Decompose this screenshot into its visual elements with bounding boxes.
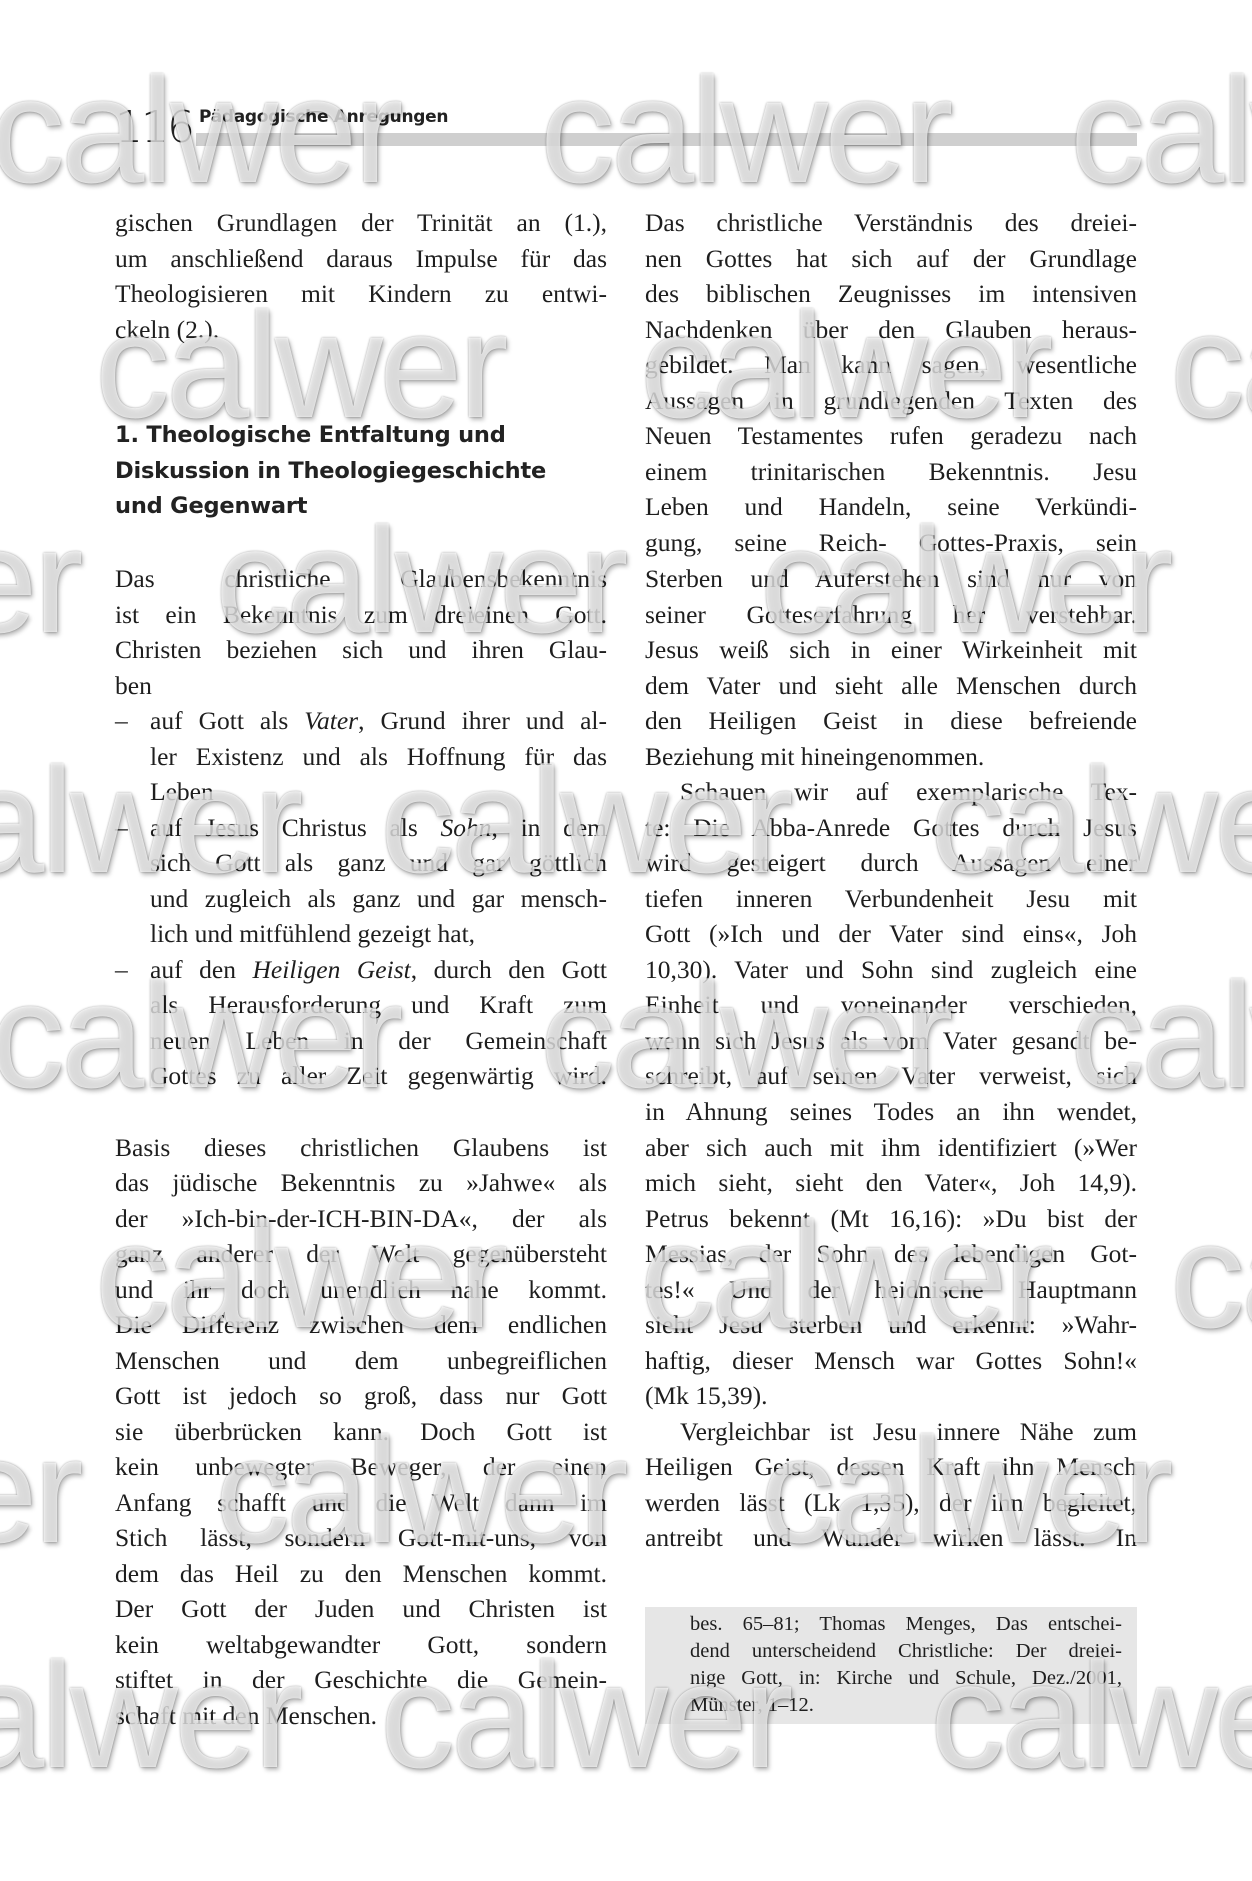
text-line: Die Differenz zwischen dem endlichen	[115, 1307, 607, 1342]
text-line: und ihr doch unendlich nahe kommt.	[115, 1272, 607, 1307]
text-line: (Mk 15,39).	[645, 1378, 1137, 1413]
text-line: Stich lässt, sondern Gott-mit-uns, von	[115, 1520, 607, 1555]
text-line: auf den Heiligen Geist, durch den Gott	[150, 952, 607, 987]
text-line: Gott ist jedoch so groß, dass nur Gott	[115, 1378, 607, 1413]
text-line: in Ahnung seines Todes an ihn wendet,	[645, 1094, 1137, 1129]
text-line: Leben und Handeln, seine Verkündi-	[645, 489, 1137, 524]
text-line: des biblischen Zeugnisses im intensiven	[645, 276, 1137, 311]
text-line: Jesus weiß sich in einer Wirkeinheit mit	[645, 632, 1137, 667]
text-line: Sterben und Auferstehen sind nur von	[645, 561, 1137, 596]
text-line: um anschließend daraus Impulse für das	[115, 241, 607, 276]
emphasis: Sohn	[441, 813, 492, 842]
text-line: gischen Grundlagen der Trinität an (1.),	[115, 205, 607, 240]
text-line: Basis dieses christlichen Glaubens ist	[115, 1130, 607, 1165]
text-line: 10,30). Vater und Sohn sind zugleich ein…	[645, 952, 1137, 987]
text-line: Vergleichbar ist Jesu innere Nähe zum	[645, 1414, 1137, 1449]
heading-line: 1. Theologische Entfaltung und	[115, 418, 506, 453]
dash-bullet: –	[115, 810, 135, 845]
text-line: Theologisieren mit Kindern zu entwi-	[115, 276, 607, 311]
text-line: kein unbewegter Beweger, der einen	[115, 1449, 607, 1484]
footnote-line: bes. 65–81; Thomas Menges, Das entschei-	[690, 1611, 1122, 1638]
watermark-text: calwer	[0, 1415, 79, 1565]
text-line: Heiligen Geist, dessen Kraft ihn Mensch	[645, 1449, 1137, 1484]
text-line: antreibt und Wunder wirken lässt. In	[645, 1520, 1137, 1555]
text-line: Anfang schafft und die Welt dann im	[115, 1485, 607, 1520]
text-line: Das christliche Verständnis des dreiei-	[645, 205, 1137, 240]
footnote-box: bes. 65–81; Thomas Menges, Das entschei-…	[645, 1607, 1137, 1724]
text-line: neuen Leben in der Gemeinschaft	[150, 1023, 607, 1058]
text-line: Schauen wir auf exemplarische Tex-	[645, 774, 1137, 809]
text-line: ben	[115, 668, 607, 703]
emphasis: Vater	[304, 706, 358, 735]
text-line: wird gesteigert durch Aussagen einer	[645, 845, 1137, 880]
text-line: wenn sich Jesus als vom Vater gesandt be…	[645, 1023, 1137, 1058]
text-line: gung, seine Reich- Gottes-Praxis, sein	[645, 525, 1137, 560]
text-line: dem Vater und sieht alle Menschen durch	[645, 668, 1137, 703]
text-line: sieht Jesu sterben und erkennt: »Wahr-	[645, 1307, 1137, 1342]
text-line: der »Ich-bin-der-ICH-BIN-DA«, der als	[115, 1201, 607, 1236]
text-line: mich sieht, sieht den Vater«, Joh 14,9).	[645, 1165, 1137, 1200]
text-line: auf Gott als Vater, Grund ihrer und al-	[150, 703, 607, 738]
text-line: sie überbrücken kann. Doch Gott ist	[115, 1414, 607, 1449]
text-line: nen Gottes hat sich auf der Grundlage	[645, 241, 1137, 276]
text-line: gebildet. Man kann sagen, wesentliche	[645, 347, 1137, 382]
footnote-line: Münster, 1–12.	[690, 1692, 1122, 1719]
text-line: Einheit und voneinander verschieden,	[645, 987, 1137, 1022]
text-line: te: Die Abba-Anrede Gottes durch Jesus	[645, 810, 1137, 845]
text-line: Das christliche Glaubensbekenntnis	[115, 561, 607, 596]
dash-bullet: –	[115, 703, 135, 738]
text-line: dem das Heil zu den Menschen kommt.	[115, 1556, 607, 1591]
text-line: ckeln (2.).	[115, 312, 607, 347]
text-line: schreibt, auf seinen Vater verweist, sic…	[645, 1058, 1137, 1093]
text-line: ler Existenz und als Hoffnung für das	[150, 739, 607, 774]
book-page: 116 Pädagogische Anregungen gischen Grun…	[0, 0, 1252, 1881]
text-line: schaft mit den Menschen.	[115, 1698, 607, 1733]
text-line: Aussagen in grundlegenden Texten des	[645, 383, 1137, 418]
text-line: Christen beziehen sich und ihren Glau-	[115, 632, 607, 667]
text-line: Beziehung mit hineingenommen.	[645, 739, 1137, 774]
text-line: ganz anderer der Welt gegenübersteht	[115, 1236, 607, 1271]
text-line: tiefen inneren Verbundenheit Jesu mit	[645, 881, 1137, 916]
emphasis: Heiligen Geist	[253, 955, 411, 984]
text-line: haftig, dieser Mensch war Gottes Sohn!«	[645, 1343, 1137, 1378]
watermark-text: calwer	[1170, 290, 1252, 440]
left-column: gischen Grundlagen der Trinität an (1.),…	[115, 0, 607, 1881]
text-line: und zugleich als ganz und gar mensch-	[150, 881, 607, 916]
text-line: Petrus bekennt (Mt 16,16): »Du bist der	[645, 1201, 1137, 1236]
text-line: ist ein Bekenntnis zum dreieinen Gott.	[115, 597, 607, 632]
watermark-text: calwer	[1170, 1200, 1252, 1350]
text-line: seiner Gotteserfahrung her verstehbar.	[645, 597, 1137, 632]
text-line: tes!« Und der heidnische Hauptmann	[645, 1272, 1137, 1307]
text-line: einem trinitarischen Bekenntnis. Jesu	[645, 454, 1137, 489]
footnote-line: nige Gott, in: Kirche und Schule, Dez./2…	[690, 1665, 1122, 1692]
text-line: sich Gott als ganz und gar göttlich	[150, 845, 607, 880]
watermark-text: calwer	[0, 505, 79, 655]
footnote-line: dend unterscheidend Christliche: Der dre…	[690, 1638, 1122, 1665]
heading-line: Diskussion in Theologiegeschichte	[115, 454, 546, 489]
text-line: als Herausforderung und Kraft zum	[150, 987, 607, 1022]
text-line: das jüdische Bekenntnis zu »Jahwe« als	[115, 1165, 607, 1200]
text-line: Gott (»Ich und der Vater sind eins«, Joh	[645, 916, 1137, 951]
text-line: auf Jesus Christus als Sohn, in dem	[150, 810, 607, 845]
right-column: Das christliche Verständnis des dreiei- …	[645, 0, 1137, 1881]
text-line: lich und mitfühlend gezeigt hat,	[150, 916, 607, 951]
text-line: Gottes zu aller Zeit gegenwärtig wird.	[150, 1058, 607, 1093]
text-line: Nachdenken über den Glauben heraus-	[645, 312, 1137, 347]
text-line: Messias, der Sohn des lebendigen Got-	[645, 1236, 1137, 1271]
dash-bullet: –	[115, 952, 135, 987]
text-line: aber sich auch mit ihm identifiziert (»W…	[645, 1130, 1137, 1165]
heading-line: und Gegenwart	[115, 489, 307, 524]
text-line: den Heiligen Geist in diese befreiende	[645, 703, 1137, 738]
text-line: Menschen und dem unbegreiflichen	[115, 1343, 607, 1378]
text-line: Neuen Testamentes rufen geradezu nach	[645, 418, 1137, 453]
text-line: Leben	[150, 774, 607, 809]
text-line: werden lässt (Lk 1,35), der ihn begleite…	[645, 1485, 1137, 1520]
text-line: stiftet in der Geschichte die Gemein-	[115, 1662, 607, 1697]
text-line: kein weltabgewandter Gott, sondern	[115, 1627, 607, 1662]
text-line: Der Gott der Juden und Christen ist	[115, 1591, 607, 1626]
